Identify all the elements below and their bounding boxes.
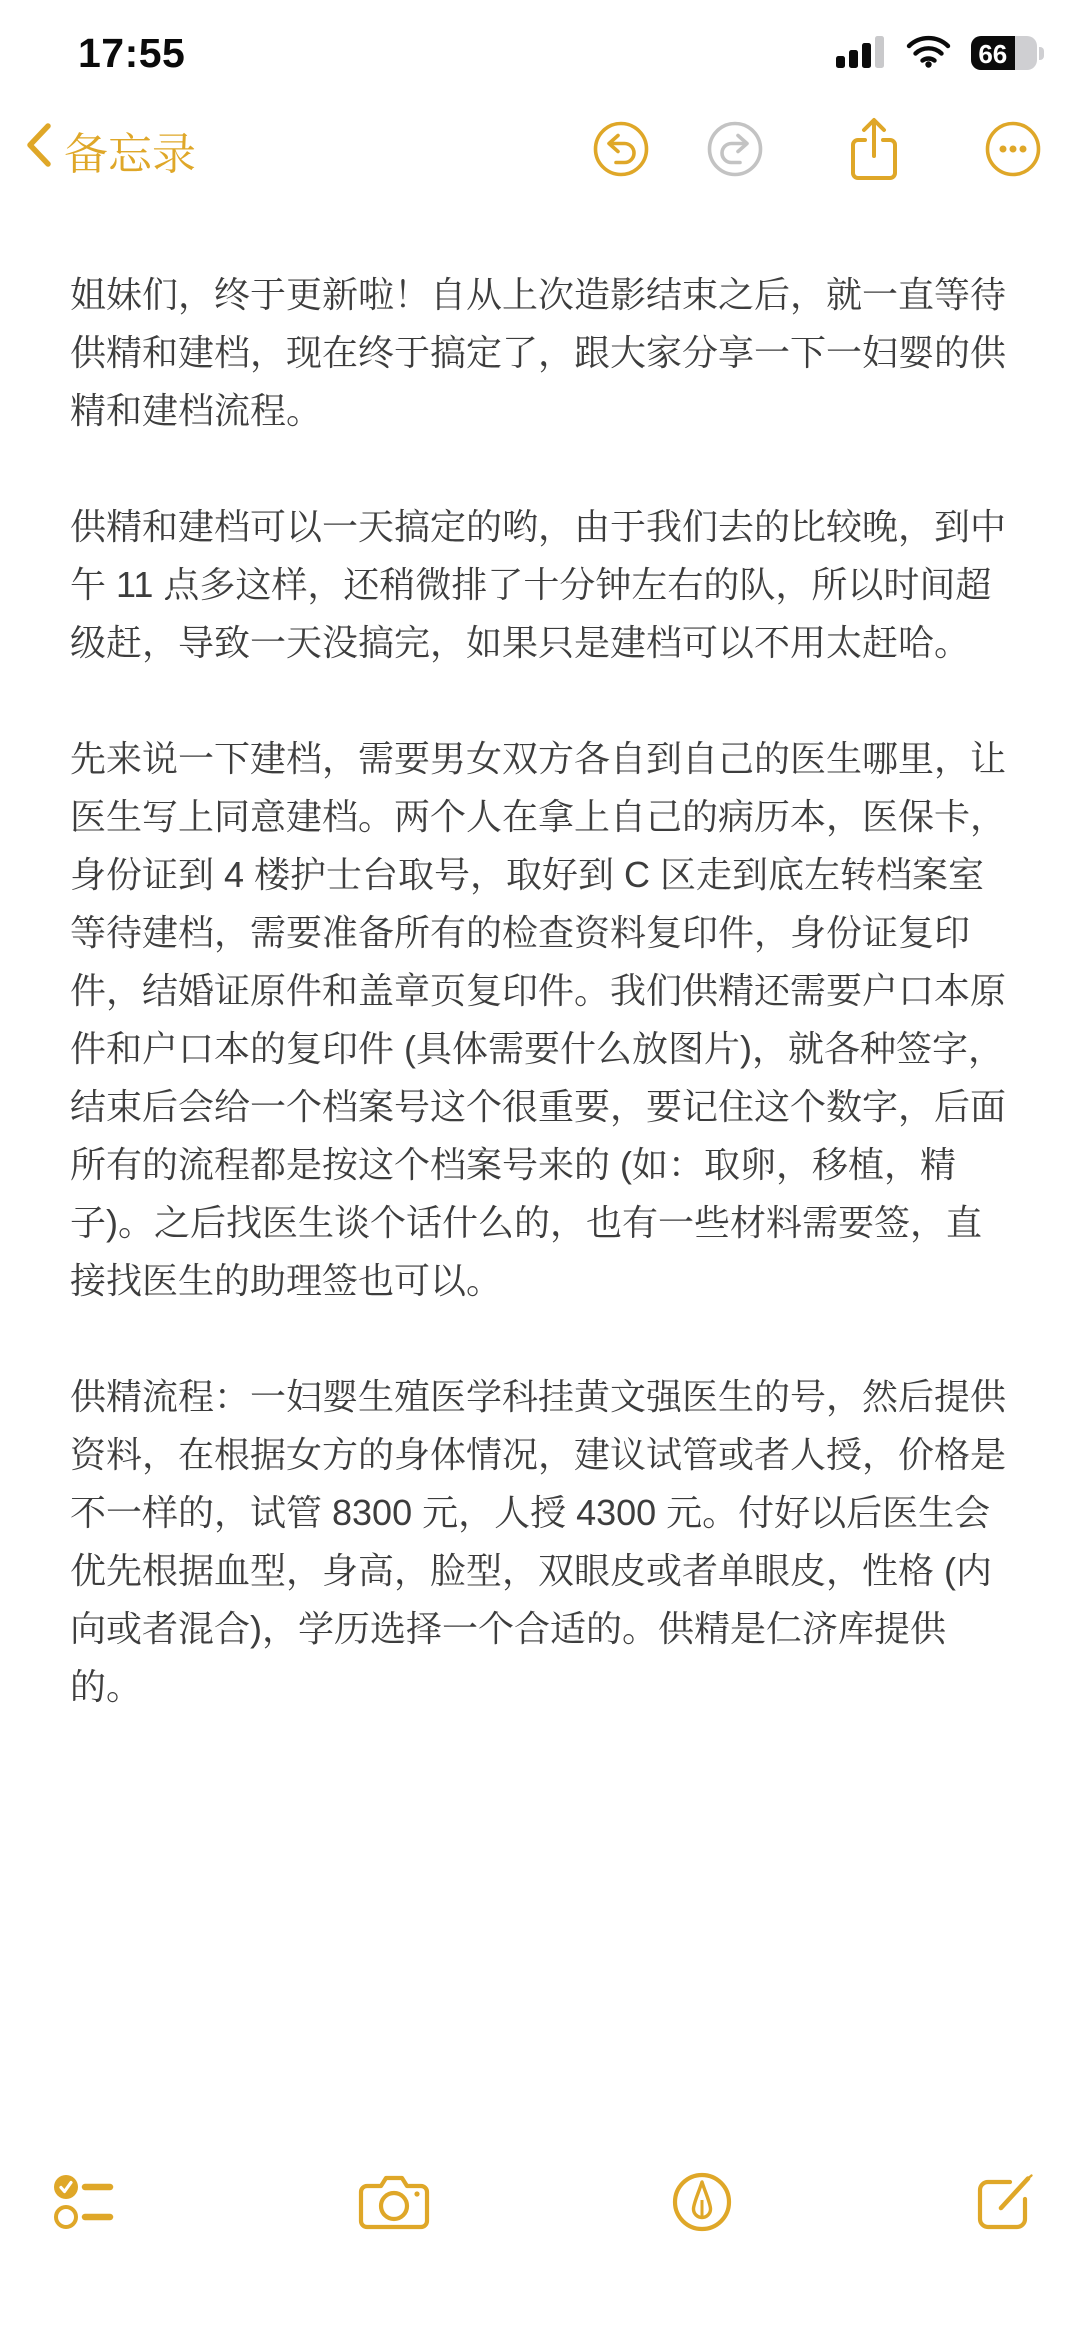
battery-nub [1039,47,1044,60]
notes-app-screen: 17:55 [0,0,1080,2337]
note-content[interactable]: 姐妹们，终于更新啦！自从上次造影结束之后，就一直等待供精和建档，现在终于搞定了，… [0,208,1080,1716]
bottom-toolbar [0,2138,1080,2268]
chevron-left-icon [24,122,52,179]
note-paragraph: 先来说一下建档，需要男女双方各自到自己的医生哪里，让医生写上同意建档。两个人在拿… [70,730,1010,1310]
status-time: 17:55 [78,30,185,77]
compose-button[interactable] [972,2169,1038,2238]
more-button[interactable] [984,120,1042,181]
back-button-label: 备忘录 [64,118,196,182]
note-paragraph: 供精流程：一妇婴生殖医学科挂黄文强医生的号，然后提供资料，在根据女方的身体情况，… [70,1368,1010,1716]
status-icons: 66 [836,34,1044,73]
battery-percent: 66 [971,37,1015,70]
more-icon [984,120,1042,181]
redo-button[interactable] [706,120,764,181]
cellular-signal-icon [836,34,886,73]
back-button[interactable]: 备忘录 [24,118,196,182]
checklist-icon [52,2171,118,2236]
camera-icon [357,2171,431,2236]
compose-icon [972,2169,1038,2238]
undo-icon [592,120,650,181]
share-button[interactable] [846,115,902,186]
note-paragraph: 供精和建档可以一天搞定的哟，由于我们去的比较晚，到中午 11 点多这样，还稍微排… [70,498,1010,672]
wifi-icon [905,34,952,73]
nav-bar: 备忘录 [0,92,1080,208]
battery-icon: 66 [971,36,1044,70]
markup-icon [671,2171,733,2236]
note-paragraph: 姐妹们，终于更新啦！自从上次造影结束之后，就一直等待供精和建档，现在终于搞定了，… [70,266,1010,440]
camera-button[interactable] [357,2171,431,2236]
share-icon [846,115,902,186]
status-bar: 17:55 [0,0,1080,92]
nav-actions [592,115,1042,186]
redo-icon [706,120,764,181]
markup-button[interactable] [671,2171,733,2236]
checklist-button[interactable] [52,2171,118,2236]
undo-button[interactable] [592,120,650,181]
